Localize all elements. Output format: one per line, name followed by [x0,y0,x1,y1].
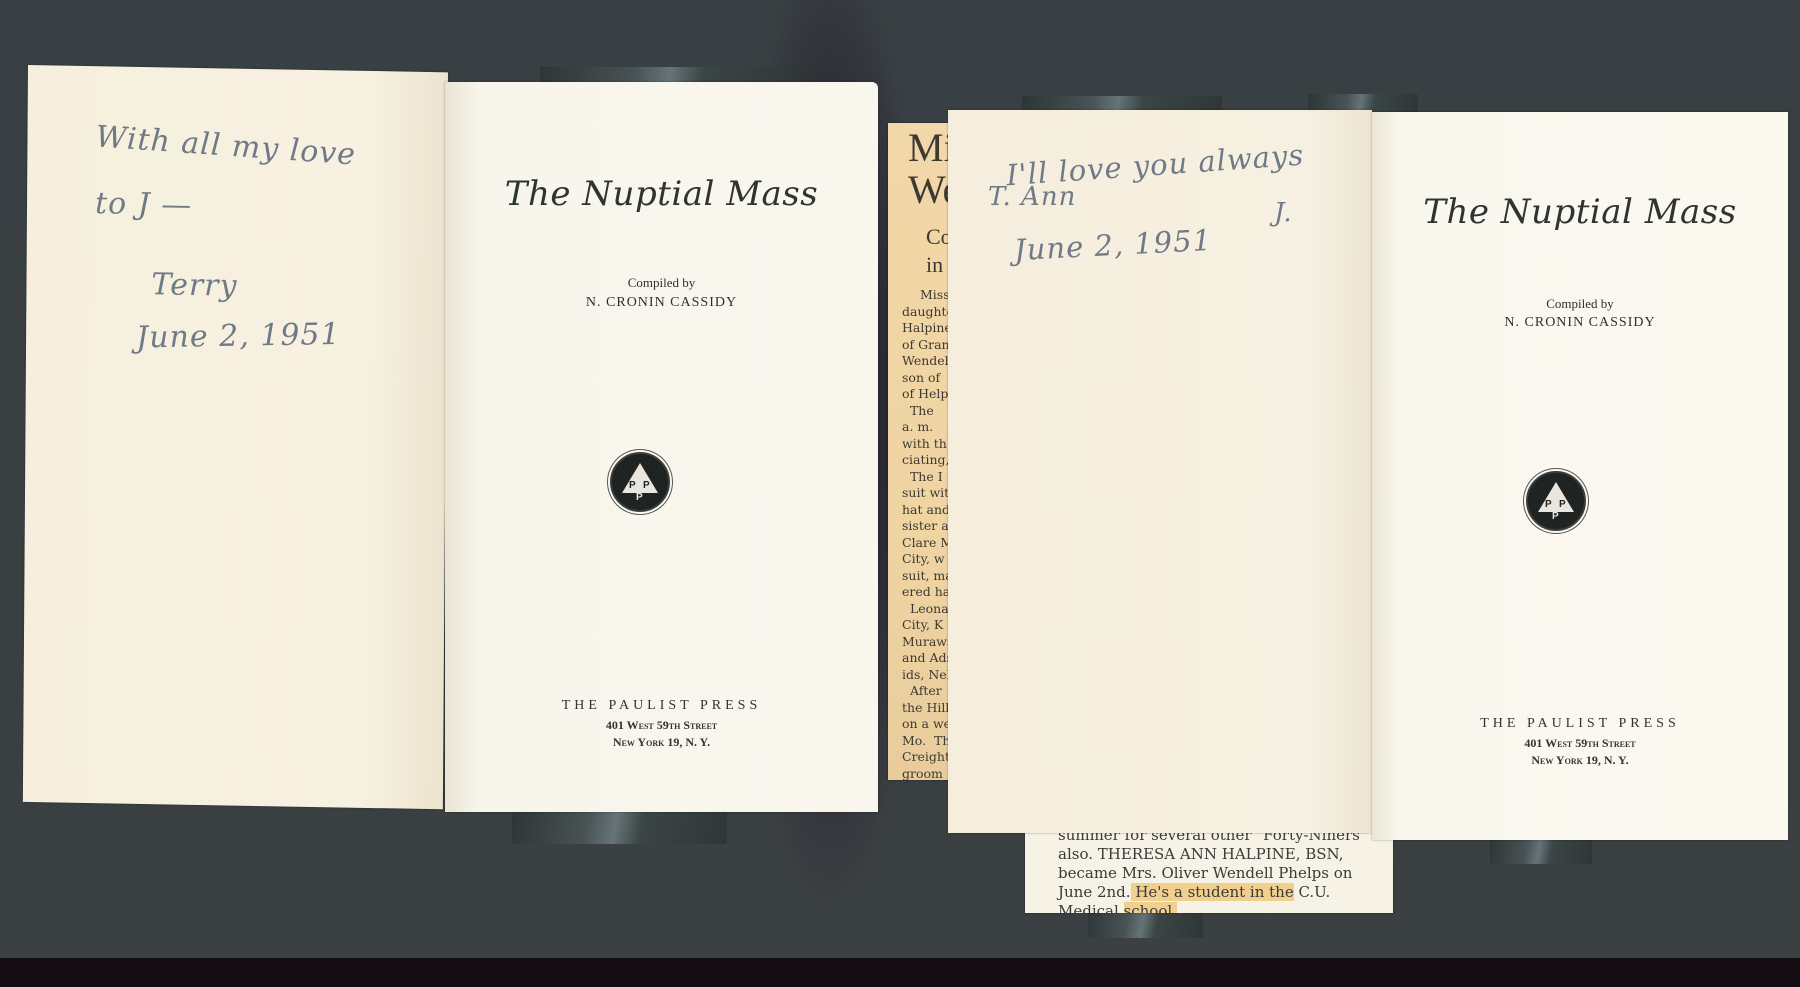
clipping-text: C.U. [1294,883,1331,901]
inscription-signature: T. Ann [988,182,1076,212]
tape-strip [1022,96,1222,111]
booklet-title: The Nuptial Mass [445,174,878,214]
publisher-address: 401 West 59th Street [1372,736,1788,751]
clipping-text: June 2nd. [1058,883,1131,901]
inscription-line: to J — [95,186,192,223]
clipping-line: also. THERESA ANN HALPINE, BSN, [1058,845,1393,864]
author-name: N. CRONIN CASSIDY [1372,315,1788,331]
paulist-press-seal-icon: P P P [610,452,670,512]
highlighted-text: school. [1124,902,1177,913]
tape-strip [1490,840,1592,864]
author-name: N. CRONIN CASSIDY [445,295,878,311]
clipping-line: Medical school. [1058,902,1393,913]
clipping-line: summer for several other "Forty-Niners" [1058,833,1393,845]
clipping-text: Medical [1058,902,1124,913]
booklet-1-title-page: The Nuptial Mass Compiled by N. CRONIN C… [445,82,878,812]
compiled-by-label: Compiled by [1372,296,1788,312]
publisher-address: New York 19, N. Y. [1372,753,1788,768]
booklet-2-title-page: The Nuptial Mass Compiled by N. CRONIN C… [1372,112,1788,840]
publisher-name: THE PAULIST PRESS [1372,716,1788,732]
board-bottom-edge [0,958,1800,987]
booklet-2-inside-cover: I'll love you always T. Ann J. June 2, 1… [948,110,1372,833]
newspaper-clipping-announcement: summer for several other "Forty-Niners" … [1025,833,1393,913]
booklet-1-inside-cover: With all my love to J — Terry June 2, 19… [23,65,448,809]
inscription-date: June 2, 1951 [136,317,341,356]
inscription-line: With all my love [95,119,357,172]
publisher-address: New York 19, N. Y. [445,735,878,750]
paulist-press-seal-icon: P P P [1526,471,1586,531]
inscription-initial: J. [1274,198,1293,228]
compiled-by-label: Compiled by [445,275,878,291]
highlighted-text: He's a student in the [1131,883,1294,901]
tape-strip [512,808,727,844]
inscription-date: June 2, 1951 [1013,223,1213,267]
publisher-name: THE PAULIST PRESS [445,698,878,714]
inscription-signature: Terry [151,267,237,303]
booklet-title: The Nuptial Mass [1372,192,1788,232]
publisher-address: 401 West 59th Street [445,718,878,733]
clipping-line: June 2nd. He's a student in the C.U. [1058,883,1393,902]
clipping-line: became Mrs. Oliver Wendell Phelps on [1058,864,1393,883]
